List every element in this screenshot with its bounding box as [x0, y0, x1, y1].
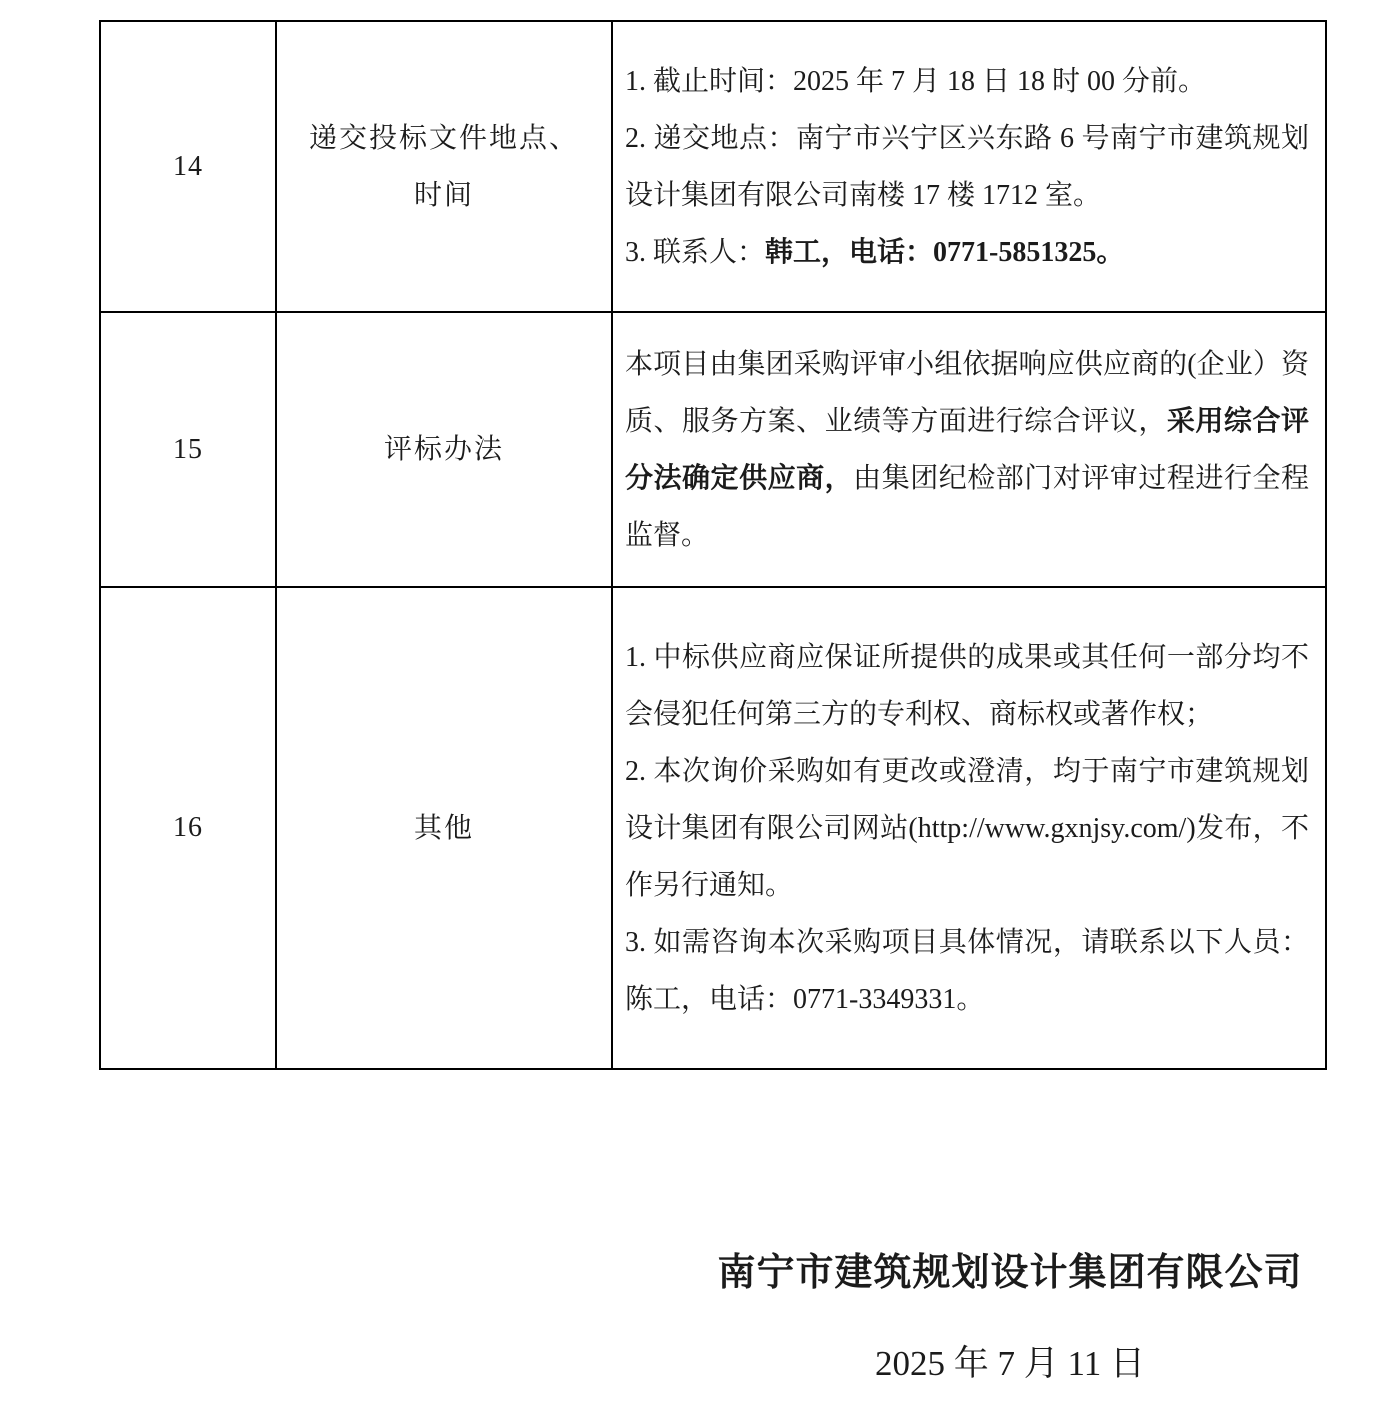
row-content: 本项目由集团采购评审小组依据响应供应商的(企业）资质、服务方案、业绩等方面进行综… [612, 312, 1326, 587]
paragraph: 3. 如需咨询本次采购项目具体情况，请联系以下人员：陈工，电话：0771-334… [625, 914, 1309, 1028]
text-segment: 3. 如需咨询本次采购项目具体情况，请联系以下人员：陈工，电话：0771-334… [625, 927, 1309, 1015]
row-label-line: 时间 [283, 167, 605, 224]
row-number: 16 [100, 587, 276, 1069]
row-label-line: 评标办法 [283, 421, 605, 478]
row-label-line: 其他 [283, 800, 605, 857]
row-content: 1. 中标供应商应保证所提供的成果或其任何一部分均不会侵犯任何第三方的专利权、商… [612, 587, 1326, 1069]
document-table: 14 递交投标文件地点、 时间 1. 截止时间：2025 年 7 月 18 日 … [99, 20, 1327, 1070]
row-label: 评标办法 [276, 312, 612, 587]
footer-date: 2025 年 7 月 11 日 [618, 1342, 1400, 1386]
text-segment: 1. 截止时间：2025 年 7 月 18 日 18 时 00 分前。 [625, 66, 1206, 97]
row-number: 15 [100, 312, 276, 587]
text-segment: 3. 联系人： [625, 237, 765, 268]
table-row-15: 15 评标办法 本项目由集团采购评审小组依据响应供应商的(企业）资质、服务方案、… [100, 312, 1326, 587]
paragraph: 1. 中标供应商应保证所提供的成果或其任何一部分均不会侵犯任何第三方的专利权、商… [625, 629, 1309, 743]
row-content: 1. 截止时间：2025 年 7 月 18 日 18 时 00 分前。 2. 递… [612, 21, 1326, 312]
document-page: 14 递交投标文件地点、 时间 1. 截止时间：2025 年 7 月 18 日 … [0, 0, 1400, 1427]
text-segment: 2. 本次询价采购如有更改或澄清，均于南宁市建筑规划设计集团有限公司网站(htt… [625, 756, 1309, 901]
table-row-16: 16 其他 1. 中标供应商应保证所提供的成果或其任何一部分均不会侵犯任何第三方… [100, 587, 1326, 1069]
paragraph: 1. 截止时间：2025 年 7 月 18 日 18 时 00 分前。 [625, 53, 1309, 110]
signature-block: 南宁市建筑规划设计集团有限公司 2025 年 7 月 11 日 [618, 1248, 1400, 1386]
row-label: 其他 [276, 587, 612, 1069]
row-label: 递交投标文件地点、 时间 [276, 21, 612, 312]
paragraph: 本项目由集团采购评审小组依据响应供应商的(企业）资质、服务方案、业绩等方面进行综… [625, 336, 1309, 564]
footer-company-name: 南宁市建筑规划设计集团有限公司 [618, 1248, 1400, 1298]
table-row-14: 14 递交投标文件地点、 时间 1. 截止时间：2025 年 7 月 18 日 … [100, 21, 1326, 312]
text-segment-bold: 韩工，电话：0771-5851325。 [765, 237, 1124, 268]
paragraph: 2. 本次询价采购如有更改或澄清，均于南宁市建筑规划设计集团有限公司网站(htt… [625, 743, 1309, 914]
text-segment: 1. 中标供应商应保证所提供的成果或其任何一部分均不会侵犯任何第三方的专利权、商… [625, 642, 1309, 730]
row-number: 14 [100, 21, 276, 312]
paragraph: 2. 递交地点：南宁市兴宁区兴东路 6 号南宁市建筑规划设计集团有限公司南楼 1… [625, 110, 1309, 224]
row-label-line: 递交投标文件地点、 [283, 110, 605, 167]
paragraph: 3. 联系人：韩工，电话：0771-5851325。 [625, 224, 1309, 281]
text-segment: 2. 递交地点：南宁市兴宁区兴东路 6 号南宁市建筑规划设计集团有限公司南楼 1… [625, 123, 1309, 211]
